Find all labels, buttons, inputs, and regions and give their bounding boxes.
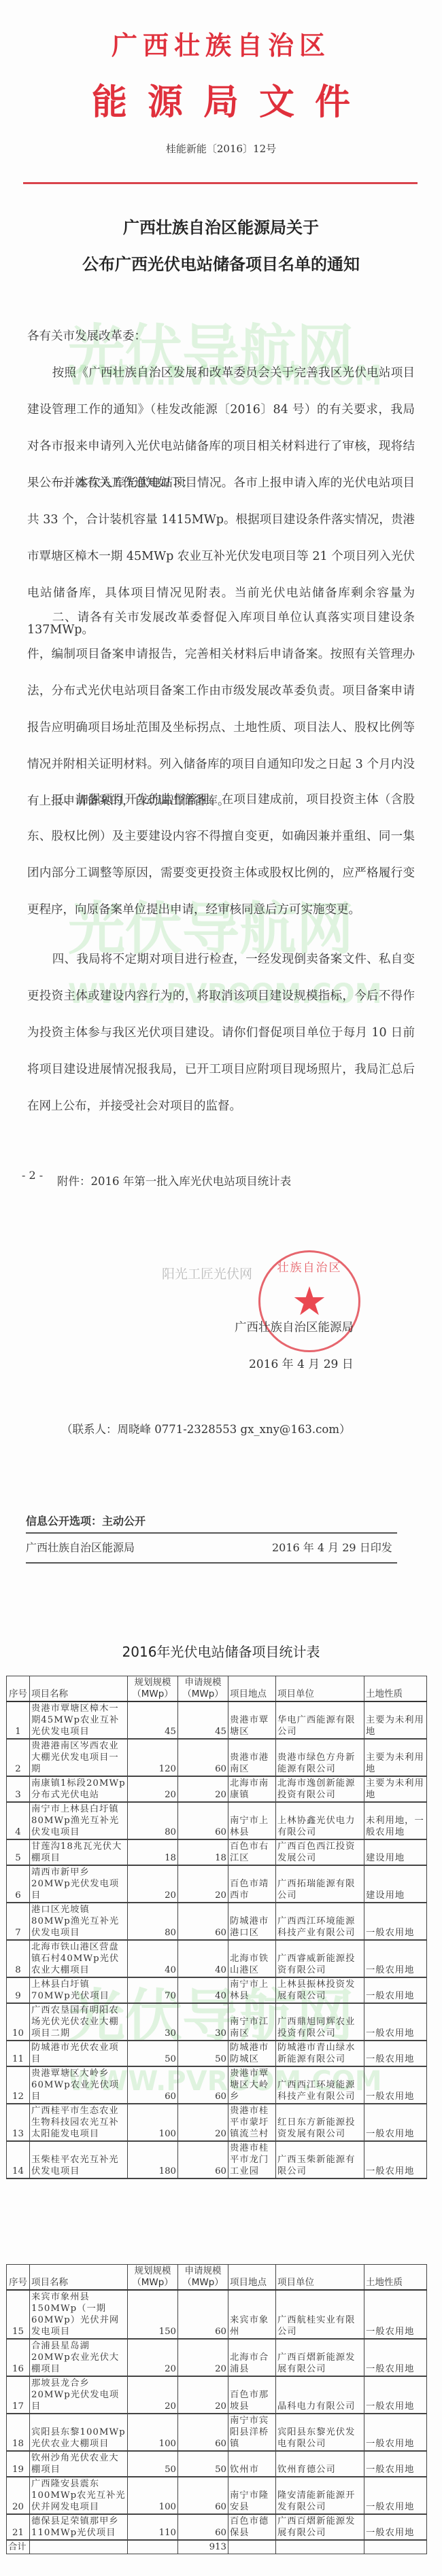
cell-no: 4 [7, 1802, 30, 1839]
salutation: 各有关市发展改革委： [27, 318, 415, 355]
cell-unit: 上林协鑫光伏电力有限公司 [276, 1802, 364, 1839]
header-land: 土地性质 [364, 1676, 427, 1702]
cell-location: 北海市南康镇 [228, 1776, 276, 1802]
header-plan: 规划规模（MWp） [128, 2265, 178, 2291]
cell-apply: 18 [178, 1839, 228, 1865]
cell-plan: 45 [128, 1701, 178, 1739]
table-header-row: 序号 项目名称 规划规模（MWp） 申请规模（MWp） 项目地点 项目单位 土地… [7, 1676, 427, 1702]
issue-date: 2016 年 4 月 29 日印发 [272, 1539, 392, 1555]
cell-name: 防城港市光伏农业项目 [30, 2041, 128, 2066]
cell-land: 一般农用地 [364, 1940, 427, 1977]
table-row: 19钦州沙角光伏农业大棚项目5050钦州市钦州育德公司一般农用地 [7, 2451, 427, 2477]
letterhead-document-type: 能源局文件 [0, 73, 442, 124]
cell-no: 9 [7, 1977, 30, 2003]
cell-name: 宾阳县东黎100MWp光伏农业大棚项目 [30, 2414, 128, 2451]
table-title: 2016年光伏电站储备项目统计表 [0, 1641, 442, 1661]
total-label: 合计 [7, 2540, 30, 2554]
cell-land: 建设用地 [364, 1865, 427, 1903]
cell-location: 南宁市隆安县 [228, 2477, 276, 2514]
cell-land: 一般农用地 [364, 2477, 427, 2514]
cell-plan: 30 [128, 2003, 178, 2041]
cell-plan: 70 [128, 1977, 178, 2003]
footer-divider [26, 1532, 397, 1534]
cell-apply: 60 [178, 1903, 228, 1940]
contact-info: （联系人：周晓峰 0771-2328553 gx_xny@163.com） [61, 1420, 350, 1436]
table-row: 6靖西市新甲乡20MWp光伏发电项目2020百色市靖西市广西拓瑞能源有限公司建设… [7, 1865, 427, 1903]
cell-land: 一般农用地 [364, 2376, 427, 2414]
attachment-note: 附件：2016 年第一批入库光伏电站项目统计表 [57, 1172, 291, 1188]
cell-no: 16 [7, 2339, 30, 2376]
table-row: 12贵港覃塘区大岭乡60MWp农业光伏项目6060贵港市覃塘区大岭乡广西西江环境… [7, 2066, 427, 2104]
cell-plan: 180 [128, 2141, 178, 2178]
cell-unit: 隆安清能新能源开发有限公司 [276, 2477, 364, 2514]
table-row: 3南康镇1标段20MWp分布式光伏电站2020北海市南康镇北海市逸创新能源投资有… [7, 1776, 427, 1802]
cell-plan: 40 [128, 1940, 178, 1977]
cell-no: 15 [7, 2290, 30, 2339]
cell-location: 百色市那坡县 [228, 2376, 276, 2414]
cell-land: 一般农用地 [364, 2104, 427, 2141]
cell-name: 广西隆安县震东100MWp农光互补光伏并网发电项目 [30, 2477, 128, 2514]
cell-location: 贵港市桂平市龙门工业园 [228, 2141, 276, 2178]
letterhead-region: 广西壮族自治区 [0, 24, 442, 62]
cell-name: 北海市铁山港区营盘镇石村40MWp光伏农业大棚项目 [30, 1940, 128, 1977]
cell-land: 一般农用地 [364, 2003, 427, 2041]
cell-no: 11 [7, 2041, 30, 2066]
cell-apply: 60 [178, 2290, 228, 2339]
cell-apply: 60 [178, 2414, 228, 2451]
notice-title-line2: 公布广西光伏电站储备项目名单的通知 [0, 246, 442, 283]
table-body: 1贵港市覃塘区樟木一期45MWp农业互补光伏发电项目4545贵港市覃塘区华电广西… [7, 1701, 427, 2178]
cell-apply: 60 [178, 2514, 228, 2540]
cell-plan: 20 [128, 1865, 178, 1903]
cell-no: 6 [7, 1865, 30, 1903]
table-row: 7港口区光坡镇80MWp渔光互补光伏发电项目8060防城港市港口区广西西江环境能… [7, 1903, 427, 1940]
cell-location: 北海市铁山港区 [228, 1940, 276, 1977]
notice-title: 广西壮族自治区能源局关于 公布广西光伏电站储备项目名单的通知 [0, 209, 442, 283]
cell-apply: 60 [178, 2141, 228, 2178]
cell-location: 南宁市宾阳县洋桥镇 [228, 2414, 276, 2451]
cell-unit: 广西百熠新能源发展有限公司 [276, 2339, 364, 2376]
table-header-row: 序号 项目名称 规划规模（MWp） 申请规模（MWp） 项目地点 项目单位 土地… [7, 2265, 427, 2291]
cell-apply: 20 [178, 2339, 228, 2376]
cell-land: 一般农用地 [364, 1977, 427, 2003]
project-table: 序号 项目名称 规划规模（MWp） 申请规模（MWp） 项目地点 项目单位 土地… [6, 1676, 427, 2179]
cell-unit: 钦州育德公司 [276, 2451, 364, 2477]
cell-name: 德保县足荣镇那甲乡110MWp光伏项目 [30, 2514, 128, 2540]
cell-no: 2 [7, 1739, 30, 1776]
cell-land: 一般农用地 [364, 2290, 427, 2339]
cell-name: 甘莲沟18兆瓦光伏大棚项目 [30, 1839, 128, 1865]
cell-plan: 20 [128, 2376, 178, 2414]
cell-no: 21 [7, 2514, 30, 2540]
cell-unit: 广西鼎旭同辉农业投资有限公司 [276, 2003, 364, 2041]
table-row: 1贵港市覃塘区樟木一期45MWp农业互补光伏发电项目4545贵港市覃塘区华电广西… [7, 1701, 427, 1739]
cell-unit: 红日东方新能源投资发展有限公司 [276, 2104, 364, 2141]
cell-land: 一般农用地 [364, 2339, 427, 2376]
cell-land: 建设用地 [364, 1839, 427, 1865]
cell-land: 一般农用地 [364, 2141, 427, 2178]
cell-location: 钦州市 [228, 2451, 276, 2477]
cell-location: 百色市右江区 [228, 1839, 276, 1865]
body-paragraph-4: 四、我局将不定期对项目进行检查，一经发现倒卖备案文件、私自变更投资主体或建设内容… [27, 941, 415, 1125]
cell-no: 8 [7, 1940, 30, 1977]
cell-plan: 50 [128, 2041, 178, 2066]
cell-name: 靖西市新甲乡20MWp光伏发电项目 [30, 1865, 128, 1903]
cell-apply: 60 [178, 1739, 228, 1776]
cell-land: 一般农用地 [364, 1903, 427, 1940]
cell-no: 13 [7, 2104, 30, 2141]
cell-apply: 60 [178, 2477, 228, 2514]
table-row: 8北海市铁山港区营盘镇石村40MWp光伏农业大棚项目4040北海市铁山港区广西睿… [7, 1940, 427, 1977]
sign-date: 2016 年 4 月 29 日 [249, 1354, 354, 1371]
cell-location: 贵港市覃塘区大岭乡 [228, 2066, 276, 2104]
cell-land: 主要为未利用地 [364, 1739, 427, 1776]
cell-no: 19 [7, 2451, 30, 2477]
table-row: 4南宁市上林县白圩镇80MWp渔光互补光伏发电项目8060南宁市上林县上林协鑫光… [7, 1802, 427, 1839]
seal-text: 壮族自治区 [260, 1258, 358, 1275]
header-unit: 项目单位 [276, 2265, 364, 2291]
cell-unit: 防城港市青山绿水新能源有限公司 [276, 2041, 364, 2066]
cell-plan: 20 [128, 1776, 178, 1802]
table-row: 5甘莲沟18兆瓦光伏大棚项目1818百色市右江区广西百色西江投资发展公司建设用地 [7, 1839, 427, 1865]
cell-location: 南宁市江南区 [228, 2003, 276, 2041]
table-row: 18宾阳县东黎100MWp光伏农业大棚项目10060南宁市宾阳县洋桥镇宾阳县东黎… [7, 2414, 427, 2451]
cell-unit: 北海市逸创新能源投资有限公司 [276, 1776, 364, 1802]
header-no: 序号 [7, 2265, 30, 2291]
cell-apply: 20 [178, 1865, 228, 1903]
cell-plan: 120 [128, 1739, 178, 1776]
table-row: 16合浦县星岛湖20MWp农业光伏大棚项目2020北海市合浦县广西百熠新能源发展… [7, 2339, 427, 2376]
cell-land: 一般农用地 [364, 2514, 427, 2540]
header-no: 序号 [7, 1676, 30, 1702]
cell-name: 贵港覃塘区大岭乡60MWp农业光伏项目 [30, 2066, 128, 2104]
cell-apply: 20 [178, 2376, 228, 2414]
cell-land: 主要为未利用地 [364, 1701, 427, 1739]
cell-location: 贵港市覃塘区 [228, 1701, 276, 1739]
cell-plan: 80 [128, 1903, 178, 1940]
cell-unit: 广西拓瑞能源有限公司 [276, 1865, 364, 1903]
cell-no: 10 [7, 2003, 30, 2041]
cell-no: 14 [7, 2141, 30, 2178]
table-row: 10广西农垦国有明阳农场光伏光伏农业大棚项目二期3030南宁市江南区广西鼎旭同辉… [7, 2003, 427, 2041]
header-apply: 申请规模（MWp） [178, 1676, 228, 1702]
total-apply: 913 [178, 2540, 228, 2554]
header-apply: 申请规模（MWp） [178, 2265, 228, 2291]
cell-no: 5 [7, 1839, 30, 1865]
cell-unit: 广西玉柴新能源有限公司 [276, 2141, 364, 2178]
watermark-grey: 阳光工匠光伏网 [162, 1264, 252, 1282]
footer-divider [26, 1562, 397, 1564]
cell-location: 南宁市上林县 [228, 1802, 276, 1839]
cell-land: 未利用地，一般农用地 [364, 1802, 427, 1839]
header-name: 项目名称 [30, 1676, 128, 1702]
cell-location: 防城港市防城区 [228, 2041, 276, 2066]
header-plan: 规划规模（MWp） [128, 1676, 178, 1702]
cell-unit: 广西航桂实业有限公司 [276, 2290, 364, 2339]
cell-plan: 100 [128, 2414, 178, 2451]
table-row: 13广西桂平市生态农业生物科技园农光互补太阳能发电项目10020贵港市桂平市蒙圩… [7, 2104, 427, 2141]
cell-apply: 60 [178, 1802, 228, 1839]
table-row: 11防城港市光伏农业项目5050防城港市防城区防城港市青山绿水新能源有限公司一般… [7, 2041, 427, 2066]
cell-plan: 100 [128, 2104, 178, 2141]
cell-name: 南康镇1标段20MWp分布式光伏电站 [30, 1776, 128, 1802]
cell-location: 南宁市上林县 [228, 1977, 276, 2003]
cell-apply: 45 [178, 1701, 228, 1739]
cell-apply: 30 [178, 2003, 228, 2041]
cell-unit: 上林县振林投资发展有限公司 [276, 1977, 364, 2003]
cell-name: 那坡县龙合乡20MWp光伏发电项目 [30, 2376, 128, 2414]
table-total-row: 合计 913 [7, 2540, 427, 2554]
cell-location: 北海市合浦县 [228, 2339, 276, 2376]
cell-name: 南宁市上林县白圩镇80MWp渔光互补光伏发电项目 [30, 1802, 128, 1839]
cell-name: 来宾市象州县150MWp（一期60MWp）光伏并网发电项目 [30, 2290, 128, 2339]
table-row: 20广西隆安县震东100MWp农光互补光伏并网发电项目10060南宁市隆安县隆安… [7, 2477, 427, 2514]
cell-unit: 晶科电力有限公司 [276, 2376, 364, 2414]
table-body: 15来宾市象州县150MWp（一期60MWp）光伏并网发电项目15060来宾市象… [7, 2290, 427, 2540]
cell-land: 一般农用地 [364, 2414, 427, 2451]
cell-no: 20 [7, 2477, 30, 2514]
header-unit: 项目单位 [276, 1676, 364, 1702]
cell-unit: 华电广西能源有限公司 [276, 1701, 364, 1739]
cell-plan: 20 [128, 2339, 178, 2376]
header-location: 项目地点 [228, 2265, 276, 2291]
table-row: 15来宾市象州县150MWp（一期60MWp）光伏并网发电项目15060来宾市象… [7, 2290, 427, 2339]
cell-name: 广西桂平市生态农业生物科技园农光互补太阳能发电项目 [30, 2104, 128, 2141]
cell-no: 12 [7, 2066, 30, 2104]
project-table-continued: 序号 项目名称 规划规模（MWp） 申请规模（MWp） 项目地点 项目单位 土地… [6, 2264, 427, 2554]
cell-location: 贵港市桂平市蒙圩镇流兰村 [228, 2104, 276, 2141]
cell-plan: 100 [128, 2477, 178, 2514]
star-icon: ★ [289, 1281, 330, 1322]
document-number: 桂能新能〔2016〕12号 [0, 141, 442, 156]
cell-plan: 50 [128, 2451, 178, 2477]
cell-apply: 40 [178, 1977, 228, 2003]
table-row: 17那坡县龙合乡20MWp光伏发电项目2020百色市那坡县晶科电力有限公司一般农… [7, 2376, 427, 2414]
cell-plan: 60 [128, 2066, 178, 2104]
cell-no: 3 [7, 1776, 30, 1802]
cell-apply: 50 [178, 2041, 228, 2066]
cell-unit: 广西西江环境能源科技产业有限公司 [276, 2066, 364, 2104]
cell-land: 一般农用地 [364, 2066, 427, 2104]
cell-plan: 150 [128, 2290, 178, 2339]
cell-apply: 20 [178, 1776, 228, 1802]
cell-unit: 贵港市绿色方舟新能源有限公司 [276, 1739, 364, 1776]
cell-name: 贵港港南区岑西农业大棚光伏发电项目一期 [30, 1739, 128, 1776]
body-paragraph-3: 三、加强项目开发的监督管理。在项目建成前，项目投资主体（含股东、股权比例）及主要… [27, 781, 415, 928]
header-land: 土地性质 [364, 2265, 427, 2291]
cell-no: 1 [7, 1701, 30, 1739]
cell-location: 来宾市象州 [228, 2290, 276, 2339]
cell-apply: 40 [178, 1940, 228, 1977]
table-row: 14玉柴桂平农光互补光伏发电项目18060贵港市桂平市龙门工业园广西玉柴新能源有… [7, 2141, 427, 2178]
cell-unit: 广西百熠新能源发展有限公司 [276, 2514, 364, 2540]
cell-apply: 50 [178, 2451, 228, 2477]
cell-name: 广西农垦国有明阳农场光伏光伏农业大棚项目二期 [30, 2003, 128, 2041]
header-location: 项目地点 [228, 1676, 276, 1702]
cell-plan: 110 [128, 2514, 178, 2540]
official-seal: 壮族自治区 ★ [258, 1250, 360, 1352]
table-row: 9上林县白圩镇70MWp光伏项目7040南宁市上林县上林县振林投资发展有限公司一… [7, 1977, 427, 2003]
notice-title-line1: 广西壮族自治区能源局关于 [0, 209, 442, 246]
red-divider [23, 182, 418, 184]
cell-unit: 广西百色西江投资发展公司 [276, 1839, 364, 1865]
cell-land: 一般农用地 [364, 2451, 427, 2477]
cell-apply: 20 [178, 2104, 228, 2141]
cell-location: 贵港市港南区 [228, 1739, 276, 1776]
cell-no: 7 [7, 1903, 30, 1940]
table-row: 21德保县足荣镇那甲乡110MWp光伏项目11060百色市德保县广西百熠新能源发… [7, 2514, 427, 2540]
issuer: 广西壮族自治区能源局 [26, 1539, 135, 1555]
cell-no: 18 [7, 2414, 30, 2451]
cell-unit: 宾阳县东黎光伏发电有限公司 [276, 2414, 364, 2451]
cell-plan: 80 [128, 1802, 178, 1839]
signer: 广西壮族自治区能源局 [235, 1318, 354, 1335]
table-row: 2贵港港南区岑西农业大棚光伏发电项目一期12060贵港市港南区贵港市绿色方舟新能… [7, 1739, 427, 1776]
cell-location: 防城港市港口区 [228, 1903, 276, 1940]
cell-no: 17 [7, 2376, 30, 2414]
page-number: - 2 - [22, 1169, 43, 1182]
cell-location: 百色市德保县 [228, 2514, 276, 2540]
cell-name: 钦州沙角光伏农业大棚项目 [30, 2451, 128, 2477]
cell-name: 合浦县星岛湖20MWp农业光伏大棚项目 [30, 2339, 128, 2376]
cell-plan: 18 [128, 1839, 178, 1865]
cell-name: 贵港市覃塘区樟木一期45MWp农业互补光伏发电项目 [30, 1701, 128, 1739]
header-name: 项目名称 [30, 2265, 128, 2291]
cell-name: 玉柴桂平农光互补光伏发电项目 [30, 2141, 128, 2178]
cell-land: 主要为未利用地 [364, 1776, 427, 1802]
cell-apply: 60 [178, 2066, 228, 2104]
cell-unit: 广西西江环境能源科技产业有限公司 [276, 1903, 364, 1940]
cell-name: 港口区光坡镇80MWp渔光互补光伏发电项目 [30, 1903, 128, 1940]
cell-name: 上林县白圩镇70MWp光伏项目 [30, 1977, 128, 2003]
disclosure-option: 信息公开选项：主动公开 [26, 1513, 146, 1528]
cell-location: 百色市靖西市 [228, 1865, 276, 1903]
cell-land: 一般农用地 [364, 2041, 427, 2066]
cell-unit: 广西睿威新能源投资有限公司 [276, 1940, 364, 1977]
